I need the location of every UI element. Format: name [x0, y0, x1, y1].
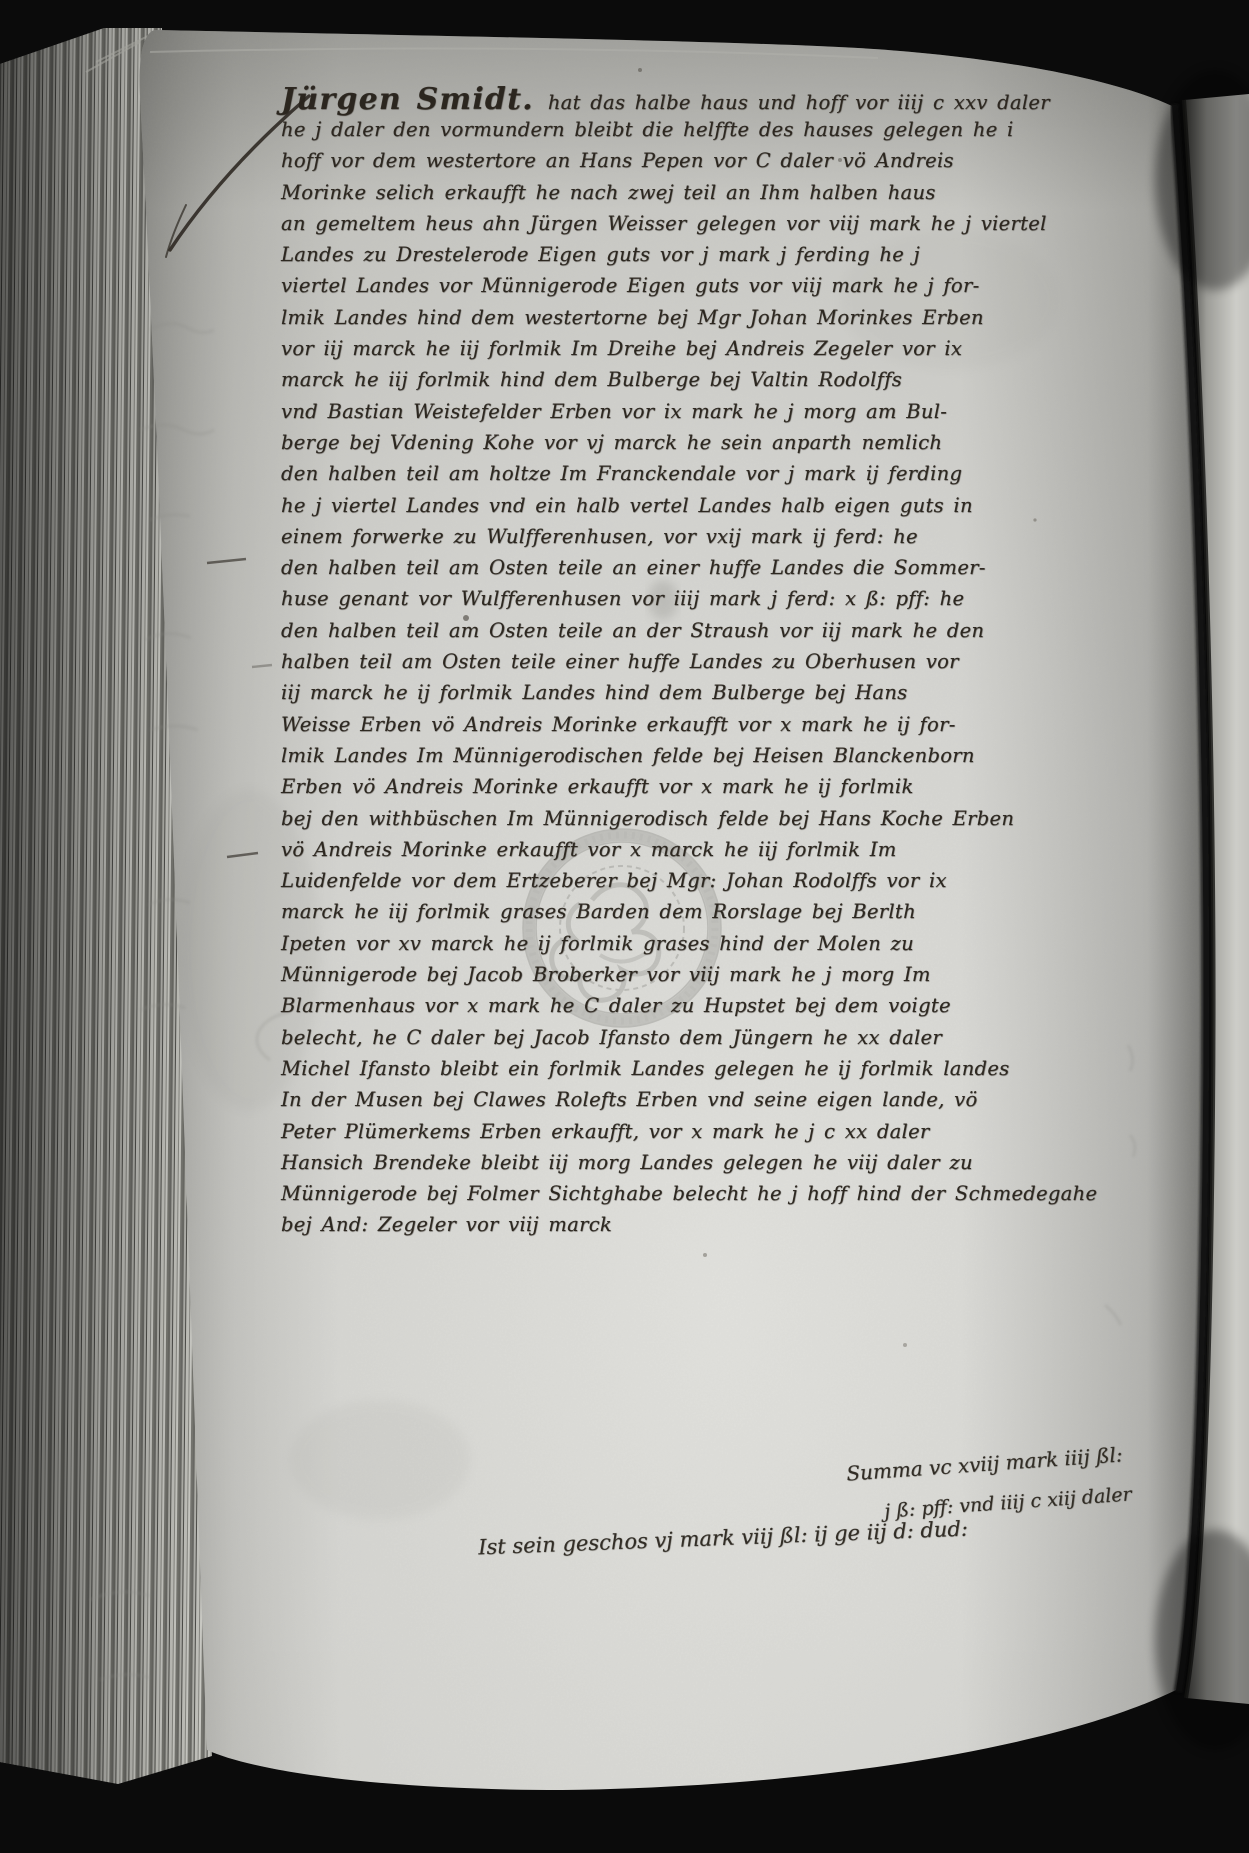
manuscript-line: Weisse Erben vö Andreis Morinke erkaufft…	[281, 713, 995, 744]
manuscript-line: marck he iij forlmik grases Barden dem R…	[281, 900, 995, 931]
manuscript-line: marck he iij forlmik hind dem Bulberge b…	[281, 368, 995, 399]
entry-heading: Jürgen Smidt.	[281, 82, 534, 117]
manuscript-line: halben teil am Osten teile einer huffe L…	[281, 650, 995, 681]
manuscript-line: einem forwerke zu Wulfferenhusen, vor vx…	[281, 525, 995, 556]
manuscript-line: belecht, he C daler bej Jacob Ifansto de…	[281, 1026, 995, 1057]
manuscript-line: Morinke selich erkaufft he nach zwej tei…	[281, 181, 995, 212]
manuscript-line: vnd Bastian Weistefelder Erben vor ix ma…	[281, 400, 995, 431]
manuscript-line: bej den withbüschen Im Münnigerodisch fe…	[281, 807, 995, 838]
entry-heading-continuation: hat das halbe haus und hoff vor iiij c x…	[548, 91, 1050, 114]
entry-first-line: Jürgen Smidt.hat das halbe haus und hoff…	[281, 82, 995, 118]
manuscript-line: Peter Plümerkems Erben erkaufft, vor x m…	[281, 1120, 995, 1151]
manuscript-entry: Jürgen Smidt.hat das halbe haus und hoff…	[281, 82, 995, 1245]
manuscript-line: he j daler den vormundern bleibt die hel…	[281, 118, 995, 149]
manuscript-line: Blarmenhaus vor x mark he C daler zu Hup…	[281, 994, 995, 1025]
book-photo: Jürgen Smidt.hat das halbe haus und hoff…	[0, 0, 1249, 1853]
manuscript-line: In der Musen bej Clawes Rolefts Erben vn…	[281, 1088, 995, 1119]
manuscript-line: den halben teil am Osten teile an der St…	[281, 619, 995, 650]
manuscript-line: an gemeltem heus ahn Jürgen Weisser gele…	[281, 212, 995, 243]
manuscript-line: hoff vor dem westertore an Hans Pepen vo…	[281, 149, 995, 180]
manuscript-line: berge bej Vdening Kohe vor vj marck he s…	[281, 431, 995, 462]
manuscript-line: Münnigerode bej Folmer Sichtghabe belech…	[281, 1182, 995, 1213]
manuscript-line: vö Andreis Morinke erkaufft vor x marck …	[281, 838, 995, 869]
manuscript-line: den halben teil am Osten teile an einer …	[281, 556, 995, 587]
manuscript-line: viertel Landes vor Münnigerode Eigen gut…	[281, 274, 995, 305]
manuscript-line: iij marck he ij forlmik Landes hind dem …	[281, 681, 995, 712]
manuscript-line: bej And: Zegeler vor viij marck	[281, 1213, 995, 1244]
manuscript-line: Luidenfelde vor dem Ertzeberer bej Mgr: …	[281, 869, 995, 900]
manuscript-line: Münnigerode bej Jacob Broberker vor viij…	[281, 963, 995, 994]
manuscript-line: vor iij marck he iij forlmik Im Dreihe b…	[281, 337, 995, 368]
manuscript-line: Michel Ifansto bleibt ein forlmik Landes…	[281, 1057, 995, 1088]
manuscript-line: huse genant vor Wulfferenhusen vor iiij …	[281, 587, 995, 618]
manuscript-line: Landes zu Drestelerode Eigen guts vor j …	[281, 243, 995, 274]
manuscript-line: Erben vö Andreis Morinke erkaufft vor x …	[281, 775, 995, 806]
manuscript-line: den halben teil am holtze Im Franckendal…	[281, 462, 995, 493]
manuscript-line: he j viertel Landes vnd ein halb vertel …	[281, 494, 995, 525]
manuscript-lines: he j daler den vormundern bleibt die hel…	[281, 118, 995, 1245]
manuscript-line: lmik Landes Im Münnigerodischen felde be…	[281, 744, 995, 775]
manuscript-line: Ipeten vor xv marck he ij forlmik grases…	[281, 932, 995, 963]
manuscript-line: Hansich Brendeke bleibt iij morg Landes …	[281, 1151, 995, 1182]
manuscript-line: lmik Landes hind dem westertorne bej Mgr…	[281, 306, 995, 337]
